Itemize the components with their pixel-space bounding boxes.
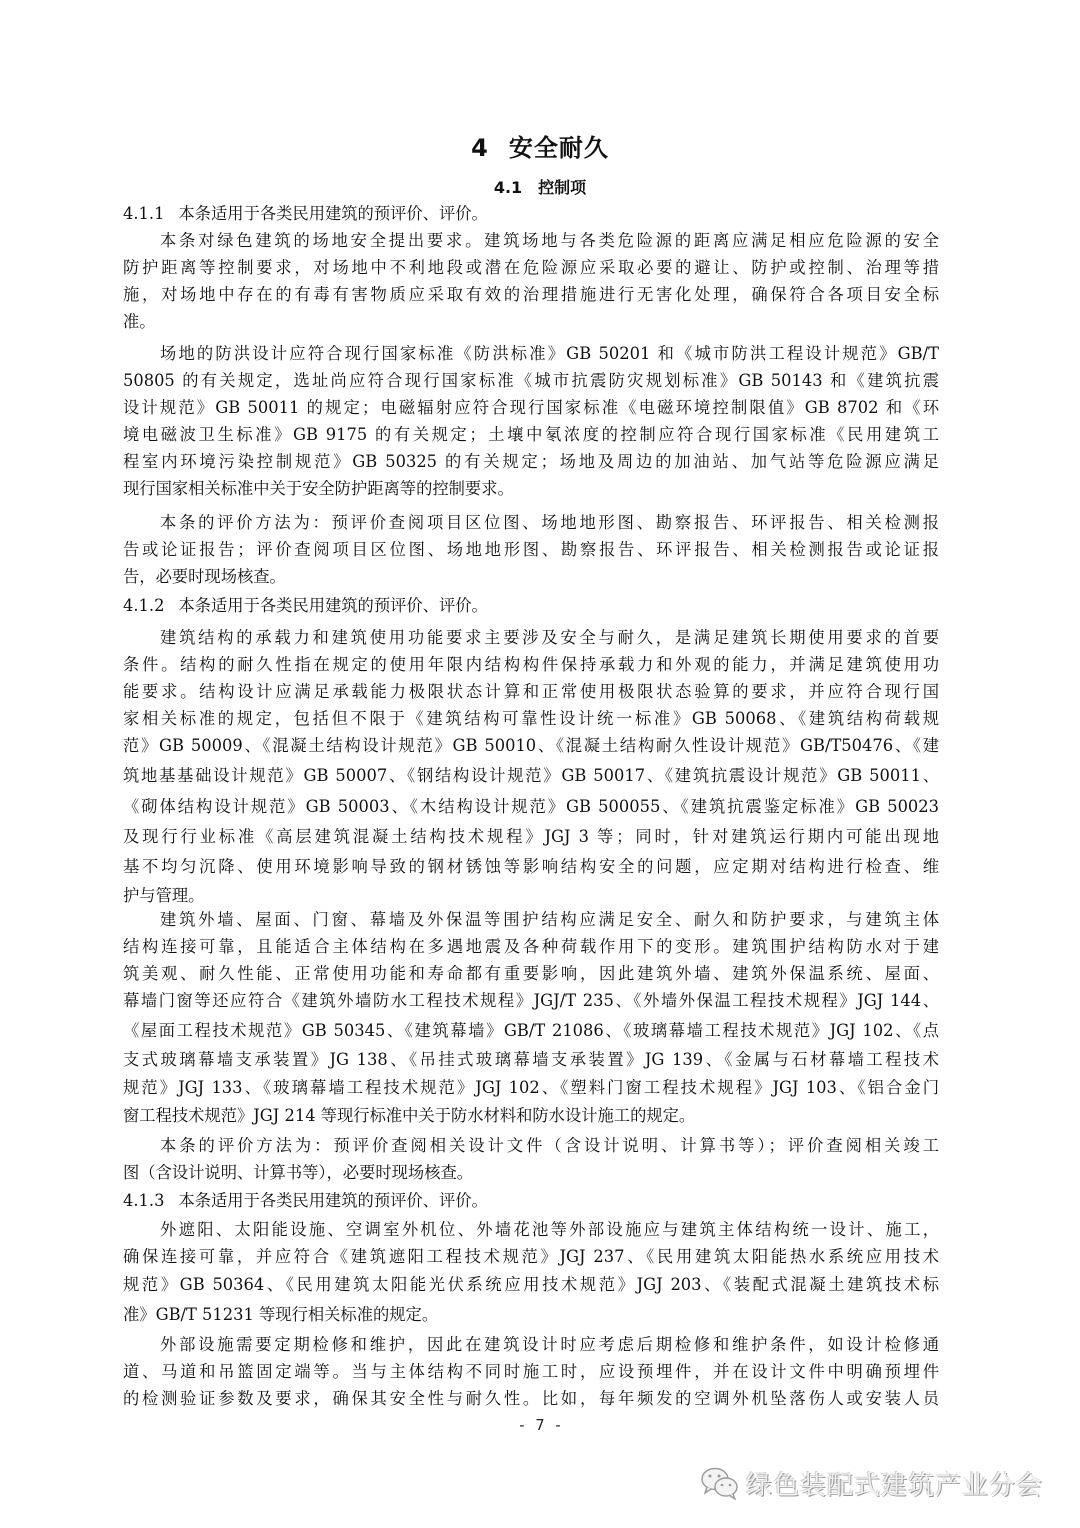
line-text: 能要求。结构设计应满足承载能力极限状态计算和正常使用极限状态验算的要求，并应符合…	[123, 682, 939, 701]
text-line: 告，必要时现场核查。	[123, 563, 939, 590]
page-number: - 7 -	[0, 1416, 1080, 1434]
text-line: 准。	[123, 308, 939, 335]
line-text: 本条对绿色建筑的场地安全提出要求。建筑场地与各类危险源的距离应满足相应危险源的安…	[160, 231, 939, 250]
line-text: 筑美观、耐久性能、正常使用功能和寿命都有重要影响，因此建筑外墙、建筑外保温系统、…	[123, 964, 939, 983]
text-line: 支式玻璃幕墙支承装置》JG 138、《吊挂式玻璃幕墙支承装置》JG 139、《金…	[123, 1046, 939, 1073]
wechat-icon	[700, 1466, 740, 1500]
text-line: 《砌体结构设计规范》GB 50003、《木结构设计规范》GB 500055、《建…	[123, 793, 939, 820]
line-text: 本条的评价方法为：预评价查阅相关设计文件（含设计说明、计算书等）；评价查阅相关竣…	[160, 1136, 939, 1155]
text-line: 幕墙门窗等还应符合《建筑外墙防水工程技术规程》JGJ/T 235、《外墙外保温工…	[123, 987, 939, 1014]
watermark-text: 绿色装配式建筑产业分会	[746, 1465, 1043, 1502]
clause-number: 4.1.3	[123, 1191, 164, 1210]
chapter-title: 4安全耐久	[0, 128, 1080, 163]
line-text: 支式玻璃幕墙支承装置》JG 138、《吊挂式玻璃幕墙支承装置》JG 139、《金…	[123, 1050, 939, 1069]
text-line: 境电磁波卫生标准》GB 9175 的有关规定；土壤中氡浓度的控制应符合现行国家标…	[123, 421, 939, 448]
line-text: 道、马道和吊篮固定端等。当与主体结构不同时施工时，应设预埋件，并在设计文件中明确…	[123, 1362, 939, 1381]
text-line: 建筑外墙、屋面、门窗、幕墙及外保温等围护结构应满足安全、耐久和防护要求，与建筑主…	[160, 906, 939, 933]
clause-number: 4.1.2	[123, 596, 164, 615]
line-text: 本条适用于各类民用建筑的预评价、评价。	[178, 596, 487, 615]
line-text: 规范》GB 50364、《民用建筑太阳能光伏系统应用技术规范》JGJ 203、《…	[123, 1275, 939, 1294]
line-text: 筑地基基础设计规范》GB 50007、《钢结构设计规范》GB 50017、《建筑…	[123, 766, 939, 785]
line-text: 程室内环境污染控制规范》GB 50325 的有关规定；场地及周边的加油站、加气站…	[123, 452, 939, 471]
line-text: 外部设施需要定期检修和维护，因此在建筑设计时应考虑后期检修和维护条件，如设计检修…	[160, 1335, 939, 1354]
line-text: 本条适用于各类民用建筑的预评价、评价。	[178, 204, 487, 223]
line-text: 外遮阳、太阳能设施、空调室外机位、外墙花池等外部设施应与建筑主体结构统一设计、施…	[160, 1220, 939, 1239]
text-line: 场地的防洪设计应符合现行国家标准《防洪标准》GB 50201 和《城市防洪工程设…	[160, 340, 939, 367]
line-text: 建筑外墙、屋面、门窗、幕墙及外保温等围护结构应满足安全、耐久和防护要求，与建筑主…	[160, 910, 939, 929]
section-number: 4.1	[494, 178, 522, 197]
text-line: 能要求。结构设计应满足承载能力极限状态计算和正常使用极限状态验算的要求，并应符合…	[123, 678, 939, 705]
line-text: 的检测验证参数及要求，确保其安全性与耐久性。比如，每年频发的空调外机坠落伤人或安…	[123, 1389, 939, 1408]
line-text: 及现行行业标准《高层建筑混凝土结构技术规程》JGJ 3 等；同时，针对建筑运行期…	[123, 827, 939, 846]
text-line: 外部设施需要定期检修和维护，因此在建筑设计时应考虑后期检修和维护条件，如设计检修…	[160, 1331, 939, 1358]
line-text: 告或论证报告；评价查阅项目区位图、场地地形图、勘察报告、环评报告、相关检测报告或…	[123, 540, 939, 559]
text-line: 图（含设计说明、计算书等），必要时现场核查。	[123, 1159, 939, 1186]
line-text: 护与管理。	[123, 886, 204, 905]
section-title: 4.1控制项	[0, 175, 1080, 198]
text-line: 建筑结构的承载力和建筑使用功能要求主要涉及安全与耐久，是满足建筑长期使用要求的首…	[160, 624, 939, 651]
text-line: 的检测验证参数及要求，确保其安全性与耐久性。比如，每年频发的空调外机坠落伤人或安…	[123, 1385, 939, 1412]
line-text: 基不均匀沉降、使用环境影响导致的钢材锈蚀等影响结构安全的问题，应定期对结构进行检…	[123, 857, 939, 876]
line-text: 本条适用于各类民用建筑的预评价、评价。	[178, 1191, 487, 1210]
text-line: 筑美观、耐久性能、正常使用功能和寿命都有重要影响，因此建筑外墙、建筑外保温系统、…	[123, 960, 939, 987]
line-text: 窗工程技术规范》JGJ 214 等现行标准中关于防水材料和防水设计施工的规定。	[123, 1106, 695, 1125]
text-line: 窗工程技术规范》JGJ 214 等现行标准中关于防水材料和防水设计施工的规定。	[123, 1102, 939, 1129]
line-text: 结构连接可靠，且能适合主体结构在多遇地震及各种荷载作用下的变形。建筑围护结构防水…	[123, 937, 939, 956]
text-line: 施，对场地中存在的有毒有害物质应采取有效的治理措施进行无害化处理，确保符合各项目…	[123, 281, 939, 308]
line-text: 确保连接可靠，并应符合《建筑遮阳工程技术规范》JGJ 237、《民用建筑太阳能热…	[123, 1247, 939, 1266]
chapter-number: 4	[471, 134, 489, 162]
clause-heading: 4.1.1本条适用于各类民用建筑的预评价、评价。	[123, 200, 939, 227]
line-text: 境电磁波卫生标准》GB 9175 的有关规定；土壤中氡浓度的控制应符合现行国家标…	[123, 425, 939, 444]
text-line: 道、马道和吊篮固定端等。当与主体结构不同时施工时，应设预埋件，并在设计文件中明确…	[123, 1358, 939, 1385]
text-line: 护与管理。	[123, 882, 939, 909]
line-text: 准。	[123, 312, 156, 331]
text-line: 《屋面工程技术规范》GB 50345、《建筑幕墙》GB/T 21086、《玻璃幕…	[123, 1017, 939, 1044]
text-line: 本条对绿色建筑的场地安全提出要求。建筑场地与各类危险源的距离应满足相应危险源的安…	[160, 227, 939, 254]
line-text: 防护距离等控制要求，对场地中不利地段或潜在危险源应采取必要的避让、防护或控制、治…	[123, 258, 939, 277]
clause-number: 4.1.1	[123, 204, 164, 223]
line-text: 场地的防洪设计应符合现行国家标准《防洪标准》GB 50201 和《城市防洪工程设…	[160, 344, 939, 363]
text-line: 外遮阳、太阳能设施、空调室外机位、外墙花池等外部设施应与建筑主体结构统一设计、施…	[160, 1216, 939, 1243]
line-text: 幕墙门窗等还应符合《建筑外墙防水工程技术规程》JGJ/T 235、《外墙外保温工…	[123, 991, 939, 1010]
text-line: 50805 的有关规定，选址尚应符合现行国家标准《城市抗震防灾规划标准》GB 5…	[123, 367, 939, 394]
line-text: 建筑结构的承载力和建筑使用功能要求主要涉及安全与耐久，是满足建筑长期使用要求的首…	[160, 628, 939, 647]
line-text: 告，必要时现场核查。	[123, 567, 286, 586]
text-line: 规范》GB 50364、《民用建筑太阳能光伏系统应用技术规范》JGJ 203、《…	[123, 1271, 939, 1298]
line-text: 《砌体结构设计规范》GB 50003、《木结构设计规范》GB 500055、《建…	[123, 797, 939, 816]
line-text: 准》GB/T 51231 等现行相关标准的规定。	[123, 1305, 438, 1324]
text-line: 筑地基基础设计规范》GB 50007、《钢结构设计规范》GB 50017、《建筑…	[123, 762, 939, 789]
line-text: 范》GB 50009、《混凝土结构设计规范》GB 50010、《混凝土结构耐久性…	[123, 736, 939, 755]
clause-heading: 4.1.3本条适用于各类民用建筑的预评价、评价。	[123, 1187, 939, 1214]
line-text: 设计规范》GB 50011 的规定；电磁辐射应符合现行国家标准《电磁环境控制限值…	[123, 398, 939, 417]
text-line: 设计规范》GB 50011 的规定；电磁辐射应符合现行国家标准《电磁环境控制限值…	[123, 394, 939, 421]
text-line: 规范》JGJ 133、《玻璃幕墙工程技术规范》JGJ 102、《塑料门窗工程技术…	[123, 1074, 939, 1101]
line-text: 家相关标准的规定，包括但不限于《建筑结构可靠性设计统一标准》GB 50068、《…	[123, 709, 939, 728]
text-line: 现行国家相关标准中关于安全防护距离等的控制要求。	[123, 475, 939, 502]
document-page: 4安全耐久 4.1控制项 4.1.1本条适用于各类民用建筑的预评价、评价。本条对…	[0, 0, 1080, 1528]
text-line: 程室内环境污染控制规范》GB 50325 的有关规定；场地及周边的加油站、加气站…	[123, 448, 939, 475]
clause-heading: 4.1.2本条适用于各类民用建筑的预评价、评价。	[123, 592, 939, 619]
line-text: 《屋面工程技术规范》GB 50345、《建筑幕墙》GB/T 21086、《玻璃幕…	[123, 1021, 939, 1040]
line-text: 规范》JGJ 133、《玻璃幕墙工程技术规范》JGJ 102、《塑料门窗工程技术…	[123, 1078, 939, 1097]
line-text: 图（含设计说明、计算书等），必要时现场核查。	[123, 1163, 473, 1182]
text-line: 防护距离等控制要求，对场地中不利地段或潜在危险源应采取必要的避让、防护或控制、治…	[123, 254, 939, 281]
text-line: 及现行行业标准《高层建筑混凝土结构技术规程》JGJ 3 等；同时，针对建筑运行期…	[123, 823, 939, 850]
watermark: 绿色装配式建筑产业分会	[700, 1463, 1043, 1503]
text-line: 范》GB 50009、《混凝土结构设计规范》GB 50010、《混凝土结构耐久性…	[123, 732, 939, 759]
text-line: 准》GB/T 51231 等现行相关标准的规定。	[123, 1301, 939, 1328]
text-line: 条件。结构的耐久性指在规定的使用年限内结构构件保持承载力和外观的能力，并满足建筑…	[123, 651, 939, 678]
text-line: 告或论证报告；评价查阅项目区位图、场地地形图、勘察报告、环评报告、相关检测报告或…	[123, 536, 939, 563]
text-line: 结构连接可靠，且能适合主体结构在多遇地震及各种荷载作用下的变形。建筑围护结构防水…	[123, 933, 939, 960]
line-text: 50805 的有关规定，选址尚应符合现行国家标准《城市抗震防灾规划标准》GB 5…	[123, 371, 939, 390]
line-text: 本条的评价方法为：预评价查阅项目区位图、场地地形图、勘察报告、环评报告、相关检测…	[160, 513, 939, 532]
text-line: 本条的评价方法为：预评价查阅相关设计文件（含设计说明、计算书等）；评价查阅相关竣…	[160, 1132, 939, 1159]
line-text: 施，对场地中存在的有毒有害物质应采取有效的治理措施进行无害化处理，确保符合各项目…	[123, 285, 939, 304]
text-line: 本条的评价方法为：预评价查阅项目区位图、场地地形图、勘察报告、环评报告、相关检测…	[160, 509, 939, 536]
line-text: 现行国家相关标准中关于安全防护距离等的控制要求。	[123, 479, 514, 498]
text-line: 确保连接可靠，并应符合《建筑遮阳工程技术规范》JGJ 237、《民用建筑太阳能热…	[123, 1243, 939, 1270]
text-line: 基不均匀沉降、使用环境影响导致的钢材锈蚀等影响结构安全的问题，应定期对结构进行检…	[123, 853, 939, 880]
line-text: 条件。结构的耐久性指在规定的使用年限内结构构件保持承载力和外观的能力，并满足建筑…	[123, 655, 939, 674]
chapter-title-text: 安全耐久	[509, 134, 609, 162]
section-title-text: 控制项	[538, 178, 586, 197]
text-line: 家相关标准的规定，包括但不限于《建筑结构可靠性设计统一标准》GB 50068、《…	[123, 705, 939, 732]
